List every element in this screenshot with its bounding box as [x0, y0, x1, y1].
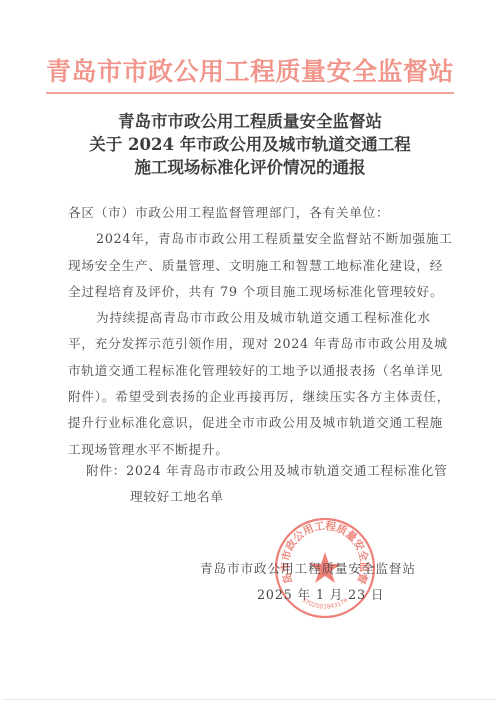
signature-date: 2025 年 1 月 23 日	[200, 582, 440, 608]
paragraph-1-line: 现场安全生产、质量管理、文明施工和智慧工地标准化建设，经	[68, 253, 438, 279]
signature-block: 青岛市市政公用工程质量安全监督站 2025 年 1 月 23 日	[200, 556, 440, 608]
signature-org: 青岛市市政公用工程质量安全监督站	[200, 556, 440, 582]
paragraph-2-line: 提升行业标准化意识，促进全市市政公用及城市轨道交通工程施	[68, 410, 438, 436]
title-line-2: 关于 2024 年市政公用及城市轨道交通工程	[0, 133, 500, 156]
paragraph-2-line: 平，充分发挥示范引领作用，现对 2024 年青岛市市政公用及城	[68, 331, 438, 357]
letterhead-divider	[46, 92, 454, 94]
paragraph-2-line: 为持续提高青岛市市政公用及城市轨道交通工程标准化水	[68, 305, 438, 331]
salutation: 各区（市）市政公用工程监督管理部门，各有关单位：	[68, 200, 438, 226]
attachment-note: 附件：2024 年青岛市市政公用及城市轨道交通工程标准化管 理较好工地名单	[86, 458, 448, 510]
letterhead-org-name: 青岛市市政公用工程质量安全监督站	[0, 52, 500, 88]
attachment-line-1: 附件：2024 年青岛市市政公用及城市轨道交通工程标准化管	[86, 458, 448, 484]
title-line-1: 青岛市市政公用工程质量安全监督站	[0, 110, 500, 133]
paragraph-1-line: 2024年，青岛市市政公用工程质量安全监督站不断加强施工	[68, 226, 438, 252]
document-body: 各区（市）市政公用工程监督管理部门，各有关单位： 2024年，青岛市市政公用工程…	[68, 200, 438, 463]
page-bottom-divider	[4, 699, 496, 700]
title-line-3: 施工现场标准化评价情况的通报	[0, 156, 500, 179]
paragraph-1-line: 全过程培育及评价，共有 79 个项目施工现场标准化管理较好。	[68, 279, 438, 305]
document-title: 青岛市市政公用工程质量安全监督站 关于 2024 年市政公用及城市轨道交通工程 …	[0, 110, 500, 179]
paragraph-2-line: 附件）。希望受到表扬的企业再接再厉，继续压实各方主体责任，	[68, 384, 438, 410]
paragraph-2-line: 市轨道交通工程标准化管理较好的工地予以通报表扬（名单详见	[68, 358, 438, 384]
attachment-line-2: 理较好工地名单	[86, 484, 448, 510]
